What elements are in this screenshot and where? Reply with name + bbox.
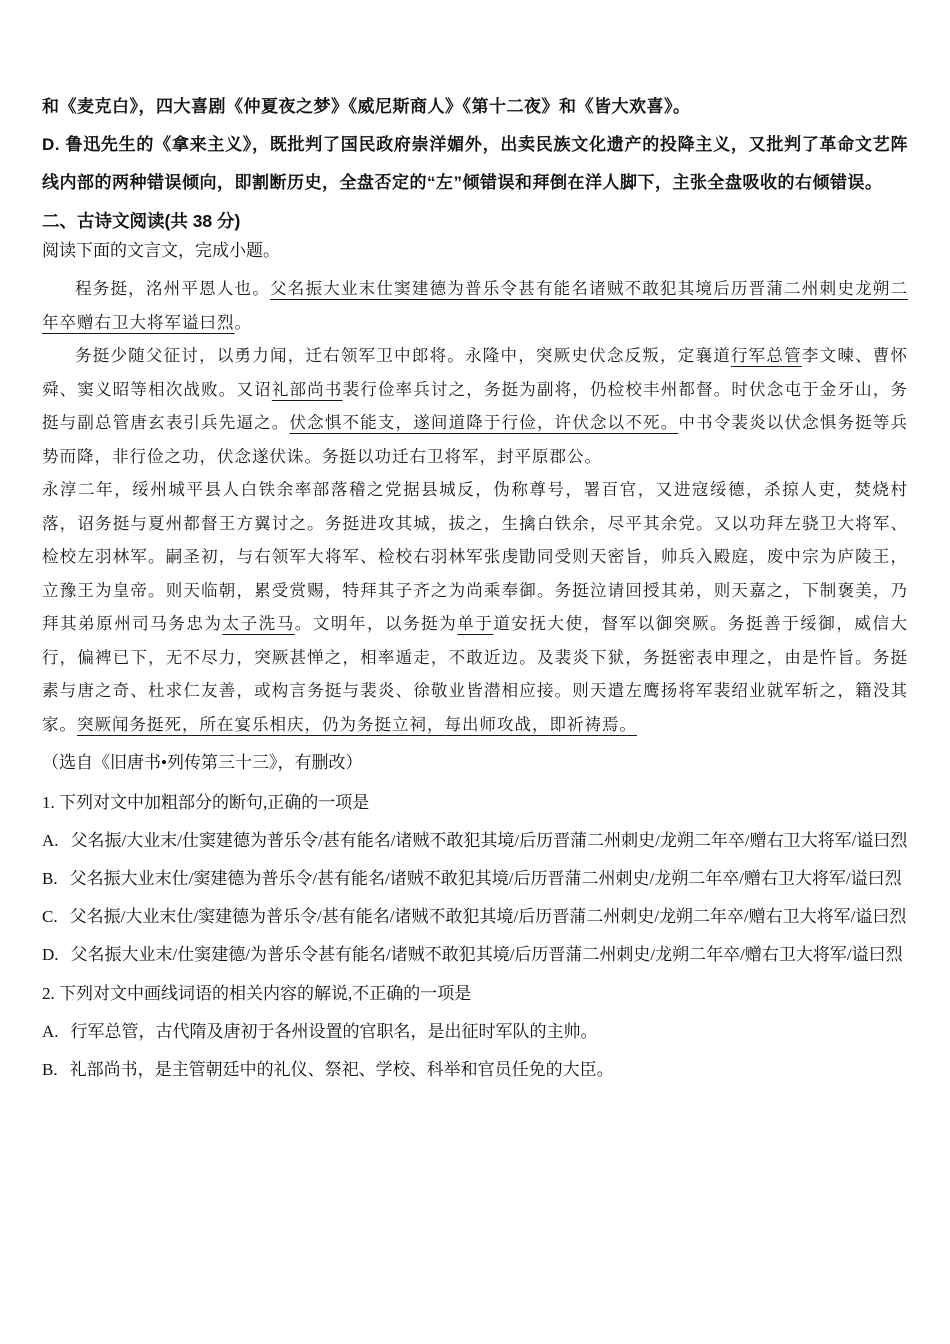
q1-option-a: A.父名振/大业末/仕窦建德为普乐令/甚有能名/诸贼不敢犯其境/后历晋蒲二州刺史… (42, 823, 908, 858)
passage-paragraph-1: 程务挺，洺州平恩人也。父名振大业末仕窦建德为普乐令甚有能名诸贼不敢犯其境后历晋蒲… (42, 272, 908, 339)
option-label: A. (42, 1022, 59, 1041)
passage-paragraph-2: 务挺少随父征讨，以勇力闻，迁右领军卫中郎将。永隆中，突厥史伏念反叛，定襄道行军总… (42, 339, 908, 473)
underlined-term-xingjun-zongguan: 行军总管 (731, 346, 802, 365)
underlined-term-taizi-xima: 太子洗马 (223, 614, 295, 633)
exam-page: 和《麦克白》，四大喜剧《仲夏夜之梦》《威尼斯商人》《第十二夜》和《皆大欢喜》。 … (0, 0, 950, 1344)
passage-paragraph-3: 永淳二年，绥州城平县人白铁余率部落稽之党据县城反，伪称尊号，署百官，又进寇绥德，… (42, 473, 908, 741)
passage-source: （选自《旧唐书•列传第三十三》，有删改） (42, 745, 908, 781)
question-2-stem: 2. 下列对文中画线词语的相关内容的解说,不正确的一项是 (42, 976, 908, 1011)
underlined-sentence: 伏念惧不能支，遂间道降于行俭，许伏念以不死。 (289, 413, 678, 432)
passage-text: 务挺少随父征讨，以勇力闻，迁右领军卫中郎将。永隆中，突厥史伏念反叛，定襄道 (75, 346, 731, 365)
classical-passage: 程务挺，洺州平恩人也。父名振大业末仕窦建德为普乐令甚有能名诸贼不敢犯其境后历晋蒲… (42, 272, 908, 781)
q2-option-a: A.行军总管，古代隋及唐初于各州设置的官职名，是出征时军队的主帅。 (42, 1014, 908, 1049)
option-text: 父名振/大业末仕/窦建德为普乐令/甚有能名/诸贼不敢犯其境/后历晋蒲二州刺史/龙… (70, 907, 907, 926)
underlined-term-chanyu: 单于 (457, 614, 493, 633)
section-title: 二、古诗文阅读(共 38 分) (42, 204, 908, 238)
reading-prompt: 阅读下面的文言文，完成小题。 (42, 238, 908, 264)
underlined-term-libu-shangshu: 礼部尚书 (272, 380, 343, 399)
option-text: 父名振大业末/仕窦建德/为普乐令甚有能名/诸贼不敢犯其境/后历晋蒲二州刺史/龙朔… (71, 945, 903, 964)
q1-option-d: D.父名振大业末/仕窦建德/为普乐令甚有能名/诸贼不敢犯其境/后历晋蒲二州刺史/… (42, 937, 908, 972)
passage-text: 永淳二年，绥州城平县人白铁余率部落稽之党据县城反，伪称尊号，署百官，又进寇绥德，… (42, 480, 908, 633)
option-label: B. (42, 1060, 58, 1079)
question-1-stem: 1. 下列对文中加粗部分的断句,正确的一项是 (42, 785, 908, 820)
option-label: A. (42, 831, 59, 850)
underlined-closing-sentence: 突厥闻务挺死，所在宴乐相庆，仍为务挺立祠，每出师攻战，即祈祷焉。 (77, 715, 637, 734)
q2-option-b: B.礼部尚书，是主管朝廷中的礼仪、祭祀、学校、科举和官员任免的大臣。 (42, 1052, 908, 1087)
option-text: 礼部尚书，是主管朝廷中的礼仪、祭祀、学校、科举和官员任免的大臣。 (70, 1060, 614, 1079)
passage-text: 。 (235, 313, 253, 332)
option-text: 父名振/大业末/仕窦建德为普乐令/甚有能名/诸贼不敢犯其境/后历晋蒲二州刺史/龙… (71, 831, 908, 850)
modern-text-option-d: D. 鲁迅先生的《拿来主义》，既批判了国民政府崇洋媚外，出卖民族文化遗产的投降主… (42, 126, 908, 202)
q1-option-c: C.父名振/大业末仕/窦建德为普乐令/甚有能名/诸贼不敢犯其境/后历晋蒲二州刺史… (42, 899, 908, 934)
option-label: B. (42, 869, 58, 888)
option-label: D. (42, 945, 59, 964)
passage-text: 程务挺，洺州平恩人也。 (75, 279, 270, 298)
shakespeare-plays-line: 和《麦克白》，四大喜剧《仲夏夜之梦》《威尼斯商人》《第十二夜》和《皆大欢喜》。 (42, 88, 908, 126)
option-text: 行军总管，古代隋及唐初于各州设置的官职名，是出征时军队的主帅。 (71, 1022, 598, 1041)
option-text: 父名振大业末仕/窦建德为普乐令/甚有能名/诸贼不敢犯其境/后历晋蒲二州刺史/龙朔… (70, 869, 902, 888)
passage-text: 。文明年，以务挺为 (295, 614, 457, 633)
option-label: C. (42, 907, 58, 926)
q1-option-b: B.父名振大业末仕/窦建德为普乐令/甚有能名/诸贼不敢犯其境/后历晋蒲二州刺史/… (42, 861, 908, 896)
